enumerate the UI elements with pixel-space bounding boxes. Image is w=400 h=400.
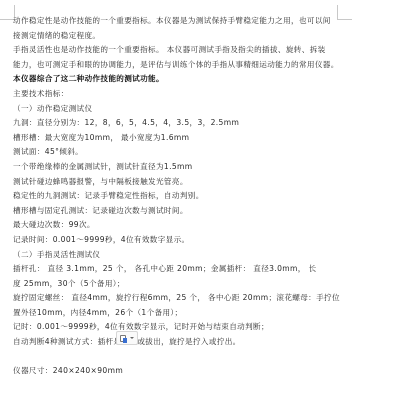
paragraph-line: 测试面：45°倾斜。 <box>13 145 343 160</box>
paragraph-line-bold: 本仪器综合了这二种动作技能的测试功能。 <box>13 72 343 87</box>
paragraph-line: 稳定性的九洞测试：记录手臂稳定性指标，自动判别。 <box>13 189 343 204</box>
document-body[interactable]: 动作稳定性是动作技能的一个重要指标。本仪器是为测试保持手臂稳定能力之用，也可以间… <box>13 14 343 379</box>
paragraph-line: 槽形槽：最大宽度为10mm， 最小宽度为1.6mm <box>13 131 343 146</box>
paragraph-line: 动作稳定性是动作技能的一个重要指标。本仪器是为测试保持手臂稳定能力之用，也可以间 <box>13 14 343 29</box>
section-heading: 主要技术指标： <box>13 87 343 102</box>
empty-paragraph <box>13 350 343 365</box>
paragraph-line: 一个带绝缘棒的金属测试针，测试针直径为1.5mm <box>13 160 343 175</box>
subsection-heading: （一）动作稳定测试仪 <box>13 102 343 117</box>
paragraph-line: 旋拧固定螺丝： 直径4mm，旋拧行程6mm，25 个， 各中心距 20mm；滚花… <box>13 291 343 306</box>
paste-options-button[interactable] <box>116 331 138 345</box>
paragraph-line: 槽形槽与固定孔测试：记录碰边次数与测试时间。 <box>13 204 343 219</box>
subsection-heading: （二）手指灵活性测试仪 <box>13 248 343 263</box>
paragraph-line: 仪器尺寸：240×240×90mm <box>13 364 343 379</box>
paragraph-line: 测试针碰边蜂鸣器报警，与中隔板接触发光管亮。 <box>13 175 343 190</box>
paragraph-line: 记录时间：0.001～9999秒，4位有效数字显示。 <box>13 233 343 248</box>
clipboard-paste-icon <box>120 334 128 343</box>
document-page: 动作稳定性是动作技能的一个重要指标。本仪器是为测试保持手臂稳定能力之用，也可以间… <box>0 0 400 400</box>
paragraph-line: 能力，也可测定手和眼的协调能力，是评估与训练个体的手指从事精细运动能力的常用仪器… <box>13 58 343 73</box>
paragraph-line: 最大碰边次数：99次。 <box>13 218 343 233</box>
paragraph-line: 手指灵活性也是动作技能的一个重要指标。 本仪器可测试手指及指尖的插拔、旋转、拆装 <box>13 43 343 58</box>
paragraph-line: 度 25mm，30个（5个备用）； <box>13 277 343 292</box>
chevron-down-icon <box>130 337 134 339</box>
paragraph-line: 插杆孔： 直径 3.1mm，25 个， 各孔中心距 20mm；金属插杆： 直径3… <box>13 262 343 277</box>
paragraph-line: 置外径10mm，内径4mm，26个（1个备用）； <box>13 306 343 321</box>
paragraph-line: 记时：0.001～9999秒，4位有效数字显示，记时开始与结束自动判断； <box>13 320 343 335</box>
paragraph-line: 自动判断4种测试方式：插杆是插入或拔出，旋拧是拧入或拧出。 <box>13 335 343 350</box>
paragraph-line: 九洞：直径分别为：12，8，6，5，4.5，4，3.5，3，2.5mm <box>13 116 343 131</box>
paragraph-line: 接测定情绪的稳定程度。 <box>13 29 343 44</box>
